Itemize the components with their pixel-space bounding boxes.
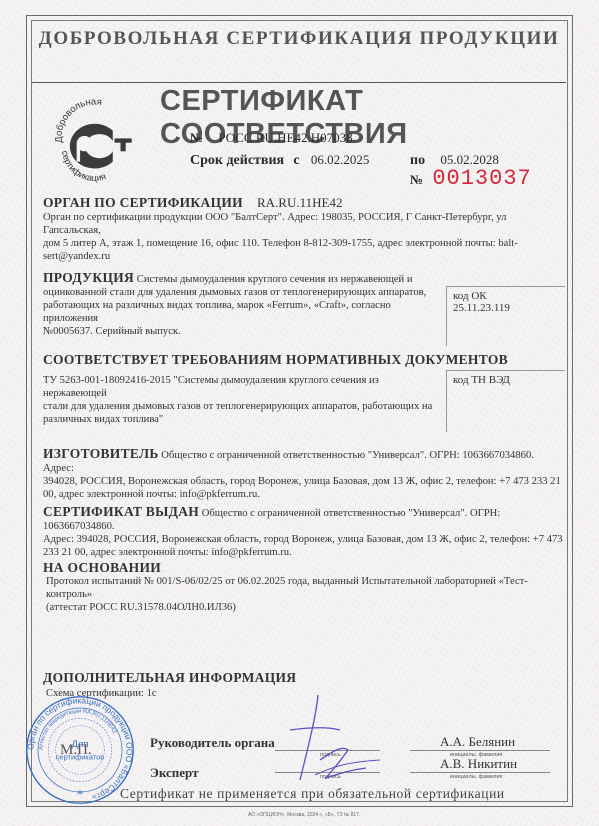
head-name: А.А. Белянин bbox=[440, 734, 515, 750]
text-line: оцинкованной стали для удаления дымовых … bbox=[43, 286, 443, 299]
seal-label: М.П. bbox=[60, 742, 92, 759]
product-heading: ПРОДУКЦИЯ bbox=[43, 270, 134, 285]
validity-row: Срок действия с 06.02.2025 bbox=[190, 152, 369, 169]
text-line: Адрес: 394028, РОССИЯ, Воронежская облас… bbox=[43, 533, 563, 546]
text-line: 00, адрес электронной почты: info@pkferr… bbox=[43, 488, 563, 501]
expert-name: А.В. Никитин bbox=[440, 756, 517, 772]
tnved-code-label: код ТН ВЭД bbox=[453, 374, 565, 386]
text-line: дом 5 литер А, этаж 1, помещение 16, офи… bbox=[43, 237, 563, 250]
from-label: с bbox=[293, 153, 299, 168]
tnved-code-box: код ТН ВЭД bbox=[446, 370, 565, 432]
printer-footer: АО «ОПЦИОН», Москва, 2024 г., «Б», ТЗ № … bbox=[248, 812, 360, 818]
issued-to-heading: СЕРТИФИКАТ ВЫДАН bbox=[43, 504, 199, 519]
text-line: стали для удаления дымовых газов от тепл… bbox=[43, 400, 443, 413]
expert-label: Эксперт bbox=[150, 765, 198, 781]
text-line: №0005637. Серийный выпуск. bbox=[43, 325, 443, 338]
certification-body-heading-row: ОРГАН ПО СЕРТИФИКАЦИИ RA.RU.11НЕ42 bbox=[43, 194, 342, 212]
to-date: 05.02.2028 bbox=[440, 152, 499, 167]
text-line: 233 21 00, адрес электронной почты: info… bbox=[43, 546, 563, 559]
certification-body-code: RA.RU.11НЕ42 bbox=[257, 195, 342, 210]
serial-number: 0013037 bbox=[432, 166, 531, 191]
manufacturer-section: ИЗГОТОВИТЕЛЬ Общество с ограниченной отв… bbox=[43, 447, 563, 501]
name-caption: инициалы, фамилия bbox=[450, 774, 502, 780]
basis-heading: НА ОСНОВАНИИ bbox=[43, 560, 161, 576]
notice-text: Сертификат не применяется при обязательн… bbox=[120, 786, 505, 802]
product-section: ПРОДУКЦИЯ Системы дымоудаления круглого … bbox=[43, 271, 443, 338]
number-sign: № bbox=[190, 130, 203, 145]
issued-to-section: СЕРТИФИКАТ ВЫДАН Общество с ограниченной… bbox=[43, 505, 563, 559]
registration-number-row: № РОСС RU.НЕ42.Н07038 bbox=[190, 130, 353, 146]
head-name-line bbox=[410, 750, 550, 751]
certification-body-text: Орган по сертификации продукции ООО "Бал… bbox=[43, 211, 563, 263]
text-line: sert@yandex.ru bbox=[43, 250, 563, 263]
additional-info-heading: ДОПОЛНИТЕЛЬНАЯ ИНФОРМАЦИЯ bbox=[43, 670, 296, 686]
from-date: 06.02.2025 bbox=[311, 152, 370, 167]
compliance-heading: СООТВЕТСТВУЕТ ТРЕБОВАНИЯМ НОРМАТИВНЫХ ДО… bbox=[43, 352, 508, 368]
okp-code-box: код ОК 25.11.23.119 bbox=[446, 286, 565, 346]
text-line: (аттестат РОСС RU.31578.04ОЛН0.ИЛ36) bbox=[46, 601, 566, 614]
basis-text: Протокол испытаний № 001/S-06/02/25 от 0… bbox=[46, 575, 566, 614]
text-line: различных видах топлива" bbox=[43, 413, 443, 426]
text-line: 394028, РОССИЯ, Воронежская область, гор… bbox=[43, 475, 563, 488]
document-type-title: ДОБРОВОЛЬНАЯ СЕРТИФИКАЦИЯ ПРОДУКЦИИ bbox=[32, 28, 566, 50]
text-line: Орган по сертификации продукции ООО "Бал… bbox=[43, 211, 563, 237]
text-line: Протокол испытаний № 001/S-06/02/25 от 0… bbox=[46, 575, 566, 601]
registration-number: РОСС RU.НЕ42.Н07038 bbox=[218, 130, 352, 145]
text-line: работающих на различных видах топлива, м… bbox=[43, 299, 443, 325]
svg-text:*: * bbox=[77, 787, 84, 802]
text-line: Системы дымоудаления круглого сечения из… bbox=[137, 274, 413, 285]
serial-row: № 0013037 bbox=[410, 166, 532, 191]
header-divider bbox=[32, 82, 566, 83]
okp-code-value: 25.11.23.119 bbox=[453, 302, 565, 314]
certification-body-heading: ОРГАН ПО СЕРТИФИКАЦИИ bbox=[43, 195, 243, 210]
okp-code-label: код ОК bbox=[453, 290, 565, 302]
validity-label: Срок действия bbox=[190, 153, 284, 168]
serial-sign: № bbox=[410, 172, 423, 187]
signature-scribble-icon bbox=[270, 690, 390, 790]
manufacturer-heading: ИЗГОТОВИТЕЛЬ bbox=[43, 446, 159, 461]
text-line: ТУ 5263-001-18092416-2015 "Системы дымоу… bbox=[43, 374, 443, 400]
head-label: Руководитель органа bbox=[150, 735, 275, 751]
pct-mark-icon: Добровольная сертификация bbox=[50, 98, 136, 184]
compliance-text: ТУ 5263-001-18092416-2015 "Системы дымоу… bbox=[43, 374, 443, 426]
expert-name-line bbox=[410, 772, 550, 773]
